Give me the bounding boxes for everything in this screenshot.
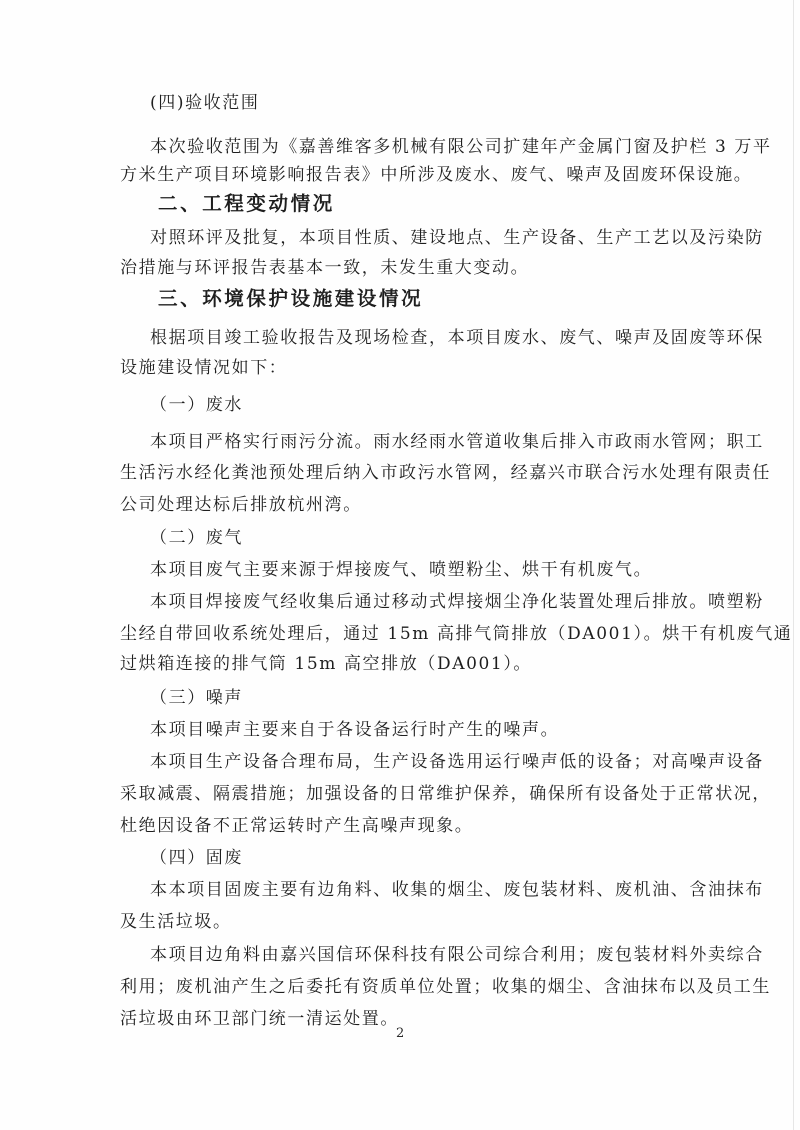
paragraph-line: 本本项目固废主要有边角料、收集的烟尘、废包装材料、废机油、含油抹布 [150, 879, 764, 901]
page-edge-divider [793, 0, 794, 1130]
paragraph-line: 本项目严格实行雨污分流。雨水经雨水管道收集后排入市政雨水管网；职工 [150, 431, 764, 453]
subsection-heading-solid-waste: （四）固废 [150, 847, 243, 869]
page-number: 2 [396, 1026, 404, 1042]
subsection-heading-acceptance-scope: (四)验收范围 [150, 92, 259, 114]
paragraph-line: 尘经自带回收系统处理后，通过 15m 高排气筒排放（DA001）。烘干有机废气通 [120, 623, 792, 645]
section-heading-engineering-changes: 二、工程变动情况 [158, 193, 335, 215]
paragraph-line: 本项目生产设备合理布局，生产设备选用运行噪声低的设备；对高噪声设备 [150, 751, 764, 773]
paragraph-line: 对照环评及批复，本项目性质、建设地点、生产设备、生产工艺以及污染防 [150, 227, 764, 249]
paragraph-line: 公司处理达标后排放杭州湾。 [120, 494, 362, 516]
paragraph-line: 采取减震、隔震措施；加强设备的日常维护保养，确保所有设备处于正常状况， [120, 783, 771, 805]
paragraph-line: 治措施与环评报告表基本一致，未发生重大变动。 [120, 257, 529, 279]
section-heading-env-protection: 三、环境保护设施建设情况 [158, 288, 423, 310]
paragraph-line: 设施建设情况如下： [120, 357, 287, 379]
paragraph-line: 本项目废气主要来源于焊接废气、喷塑粉尘、烘干有机废气。 [150, 559, 652, 581]
paragraph-line: 生活污水经化粪池预处理后纳入市政污水管网，经嘉兴市联合污水处理有限责任 [120, 462, 771, 484]
paragraph-line: 过烘箱连接的排气筒 15m 高空排放（DA001）。 [120, 653, 532, 675]
subsection-heading-wastewater: （一）废水 [150, 394, 243, 416]
paragraph-line: 本项目边角料由嘉兴国信环保科技有限公司综合利用；废包装材料外卖综合 [150, 944, 764, 966]
paragraph-line: 根据项目竣工验收报告及现场检查，本项目废水、废气、噪声及固废等环保 [150, 327, 764, 349]
paragraph-line: 本次验收范围为《嘉善维客多机械有限公司扩建年产金属门窗及护栏 3 万平 [150, 136, 772, 158]
paragraph-line: 杜绝因设备不正常运转时产生高噪声现象。 [120, 815, 473, 837]
paragraph-line: 及生活垃圾。 [120, 911, 232, 933]
paragraph-line: 本项目焊接废气经收集后通过移动式焊接烟尘净化装置处理后排放。喷塑粉 [150, 591, 764, 613]
subsection-heading-noise: （三）噪声 [150, 687, 243, 709]
subsection-heading-waste-gas: （二）废气 [150, 527, 243, 549]
paragraph-line: 活垃圾由环卫部门统一清运处置。 [120, 1008, 399, 1030]
document-page: (四)验收范围 本次验收范围为《嘉善维客多机械有限公司扩建年产金属门窗及护栏 3… [0, 0, 800, 1130]
paragraph-line: 利用；废机油产生之后委托有资质单位处置；收集的烟尘、含油抹布以及员工生 [120, 976, 771, 998]
paragraph-line: 方米生产项目环境影响报告表》中所涉及废水、废气、噪声及固废环保设施。 [120, 164, 752, 186]
paragraph-line: 本项目噪声主要来自于各设备运行时产生的噪声。 [150, 719, 559, 741]
